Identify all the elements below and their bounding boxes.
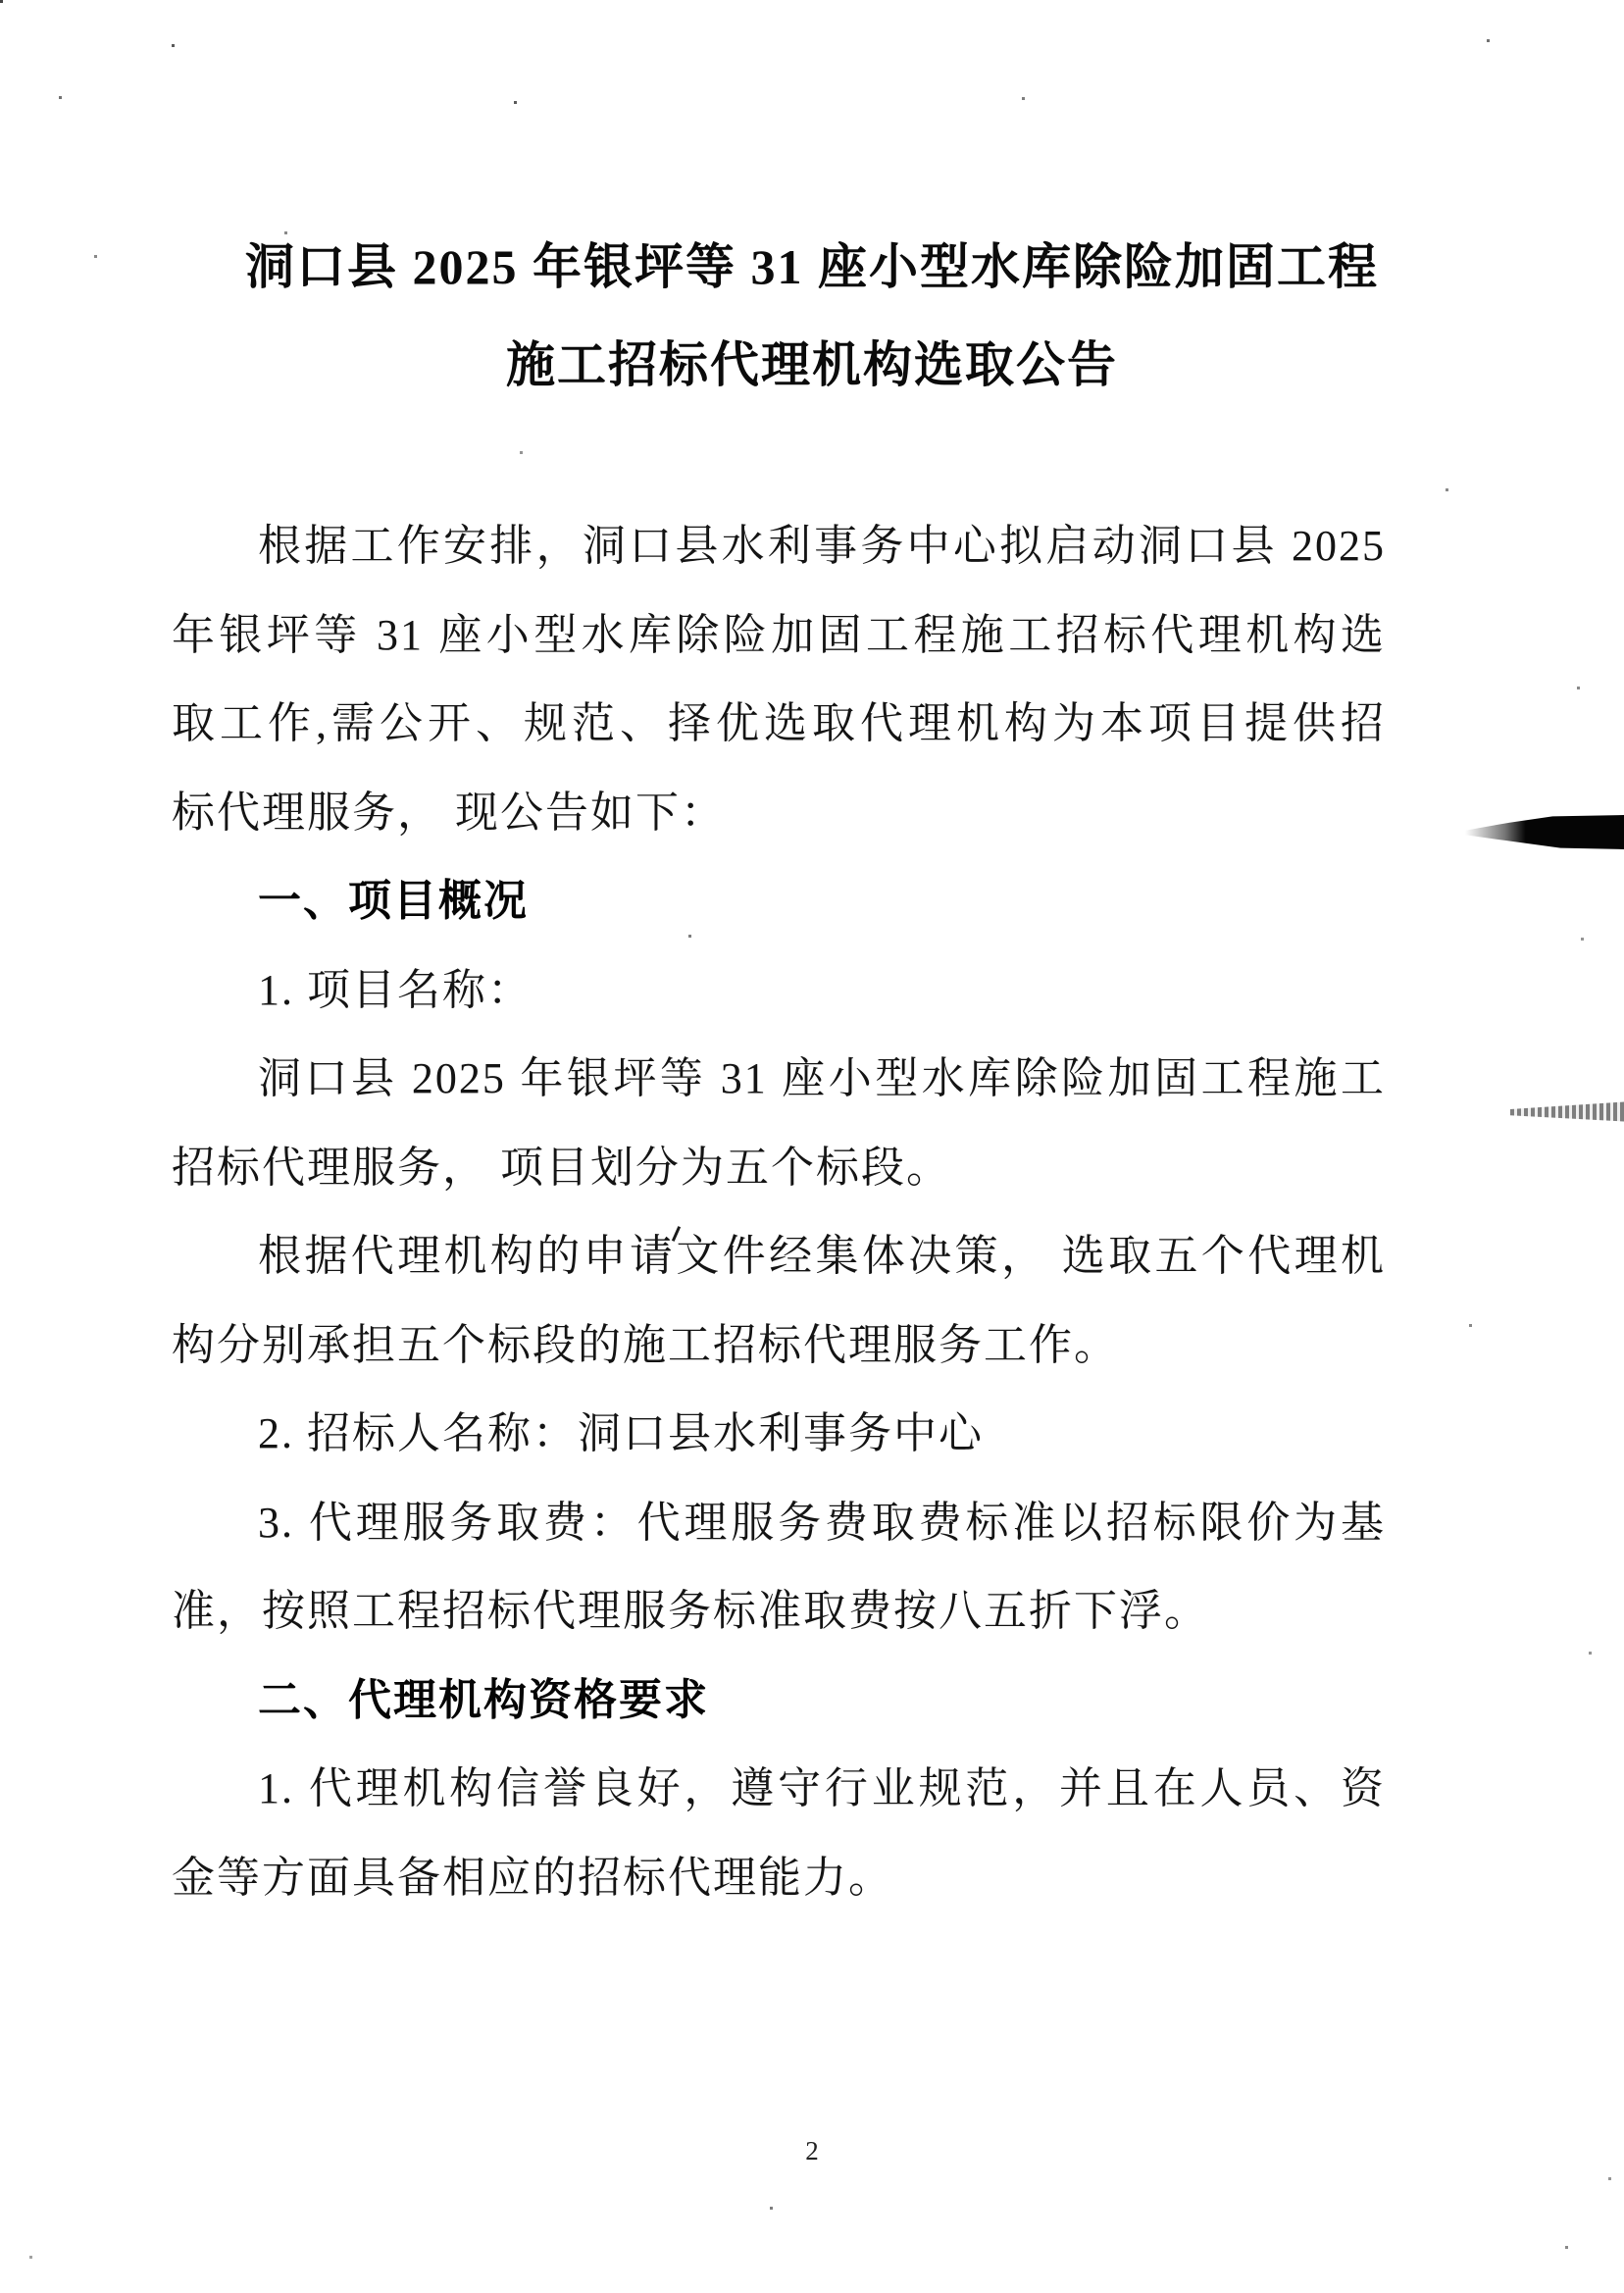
body-line: 1. 代理机构信誉良好，遵守行业规范，并且在人员、资 — [172, 1745, 1386, 1834]
document-title-line-2: 施工招标代理机构选取公告 — [0, 316, 1624, 414]
section-heading-agency-qualifications: 二、代理机构资格要求 — [172, 1656, 1386, 1746]
body-line: 2. 招标人名称：洞口县水利事务中心 — [172, 1390, 1386, 1479]
page-number: 2 — [0, 2136, 1624, 2166]
body-line: 金等方面具备相应的招标代理能力。 — [172, 1834, 1386, 1923]
body-line: 洞口县 2025 年银坪等 31 座小型水库除险加固工程施工 — [172, 1035, 1386, 1124]
body-line: 3. 代理服务取费：代理服务费取费标准以招标限价为基 — [172, 1479, 1386, 1568]
scan-artifact-streak — [1510, 1099, 1624, 1124]
scan-artifact-speckles — [0, 0, 3, 3]
body-line: 准，按照工程招标代理服务标准取费按八五折下浮。 — [172, 1567, 1386, 1656]
document-body: 根据工作安排，洞口县水利事务中心拟启动洞口县 2025 年银坪等 31 座小型水… — [172, 502, 1386, 1922]
body-line: 根据工作安排，洞口县水利事务中心拟启动洞口县 2025 — [172, 502, 1386, 591]
body-line: 标代理服务， 现公告如下： — [172, 769, 1386, 858]
section-heading-project-overview: 一、项目概况 — [172, 857, 1386, 946]
body-line: 构分别承担五个标段的施工招标代理服务工作。 — [172, 1301, 1386, 1391]
scanned-document-page: 洞口县 2025 年银坪等 31 座小型水库除险加固工程 施工招标代理机构选取公… — [0, 0, 1624, 2293]
body-line: 取工作,需公开、规范、择优选取代理机构为本项目提供招 — [172, 680, 1386, 769]
body-line: 1. 项目名称： — [172, 946, 1386, 1036]
document-title-line-1: 洞口县 2025 年银坪等 31 座小型水库除险加固工程 — [0, 218, 1624, 316]
document-title: 洞口县 2025 年银坪等 31 座小型水库除险加固工程 施工招标代理机构选取公… — [0, 218, 1624, 414]
scan-artifact-streak — [1465, 815, 1624, 849]
body-line: 招标代理服务， 项目划分为五个标段。 — [172, 1124, 1386, 1213]
body-line: 根据代理机构的申请文件经集体决策， 选取五个代理机 — [172, 1212, 1386, 1301]
body-line: 年银坪等 31 座小型水库除险加固工程施工招标代理机构选 — [172, 591, 1386, 681]
